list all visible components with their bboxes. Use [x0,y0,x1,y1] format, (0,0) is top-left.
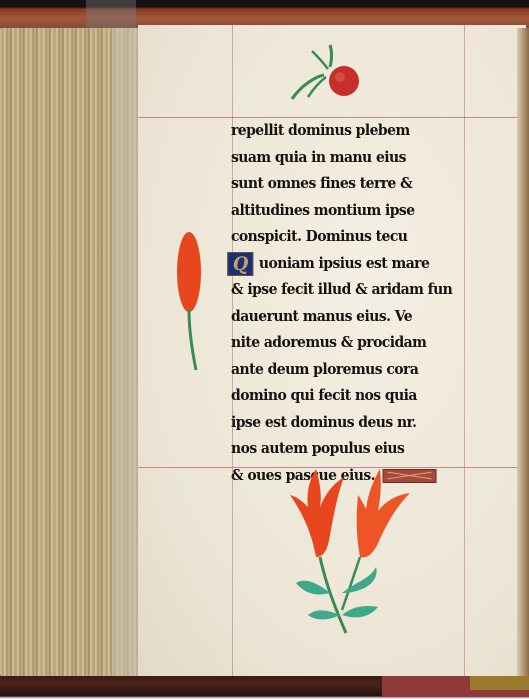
strawberry-icon [288,37,368,107]
text-line-with-initial: Quoniam ipsius est mare [231,250,447,277]
bookmark-ribbon-gold [470,676,529,690]
book-cover-bottom-edge [0,676,529,699]
text-line: nite adoremus & procidam [231,329,447,356]
book-right-edge [517,28,529,678]
ruling-line-right [464,25,465,680]
book-fore-edge-pages [0,28,140,678]
text-line: ipse est dominus deus nr. [231,409,447,436]
twin-lilies-icon [284,465,424,640]
text-line: sunt omnes fines terre & [231,170,447,197]
manuscript-page: repellit dominus plebem suam quia in man… [138,25,526,680]
text-line: domino qui fecit nos quia [231,382,447,409]
text-line: conspicit. Dominus tecu [231,223,447,250]
text-line: altitudines montium ipse [231,197,447,224]
text-line: suam quia in manu eius [231,144,447,171]
illuminated-initial: Q [227,252,253,276]
manuscript-text-block: repellit dominus plebem suam quia in man… [231,117,463,488]
lily-bud-icon [174,230,208,380]
text-line: ante deum ploremus cora [231,356,447,383]
page-gutter-shadow [112,28,140,678]
text-line: repellit dominus plebem [231,117,447,144]
scale-band [86,0,136,30]
text-line: nos autem populus eius [231,435,447,462]
text-line: & ipse fecit illud & aridam fun [231,276,447,303]
text-line: uoniam ipsius est mare [259,254,429,272]
text-line: dauerunt manus eius. Ve [231,303,447,330]
